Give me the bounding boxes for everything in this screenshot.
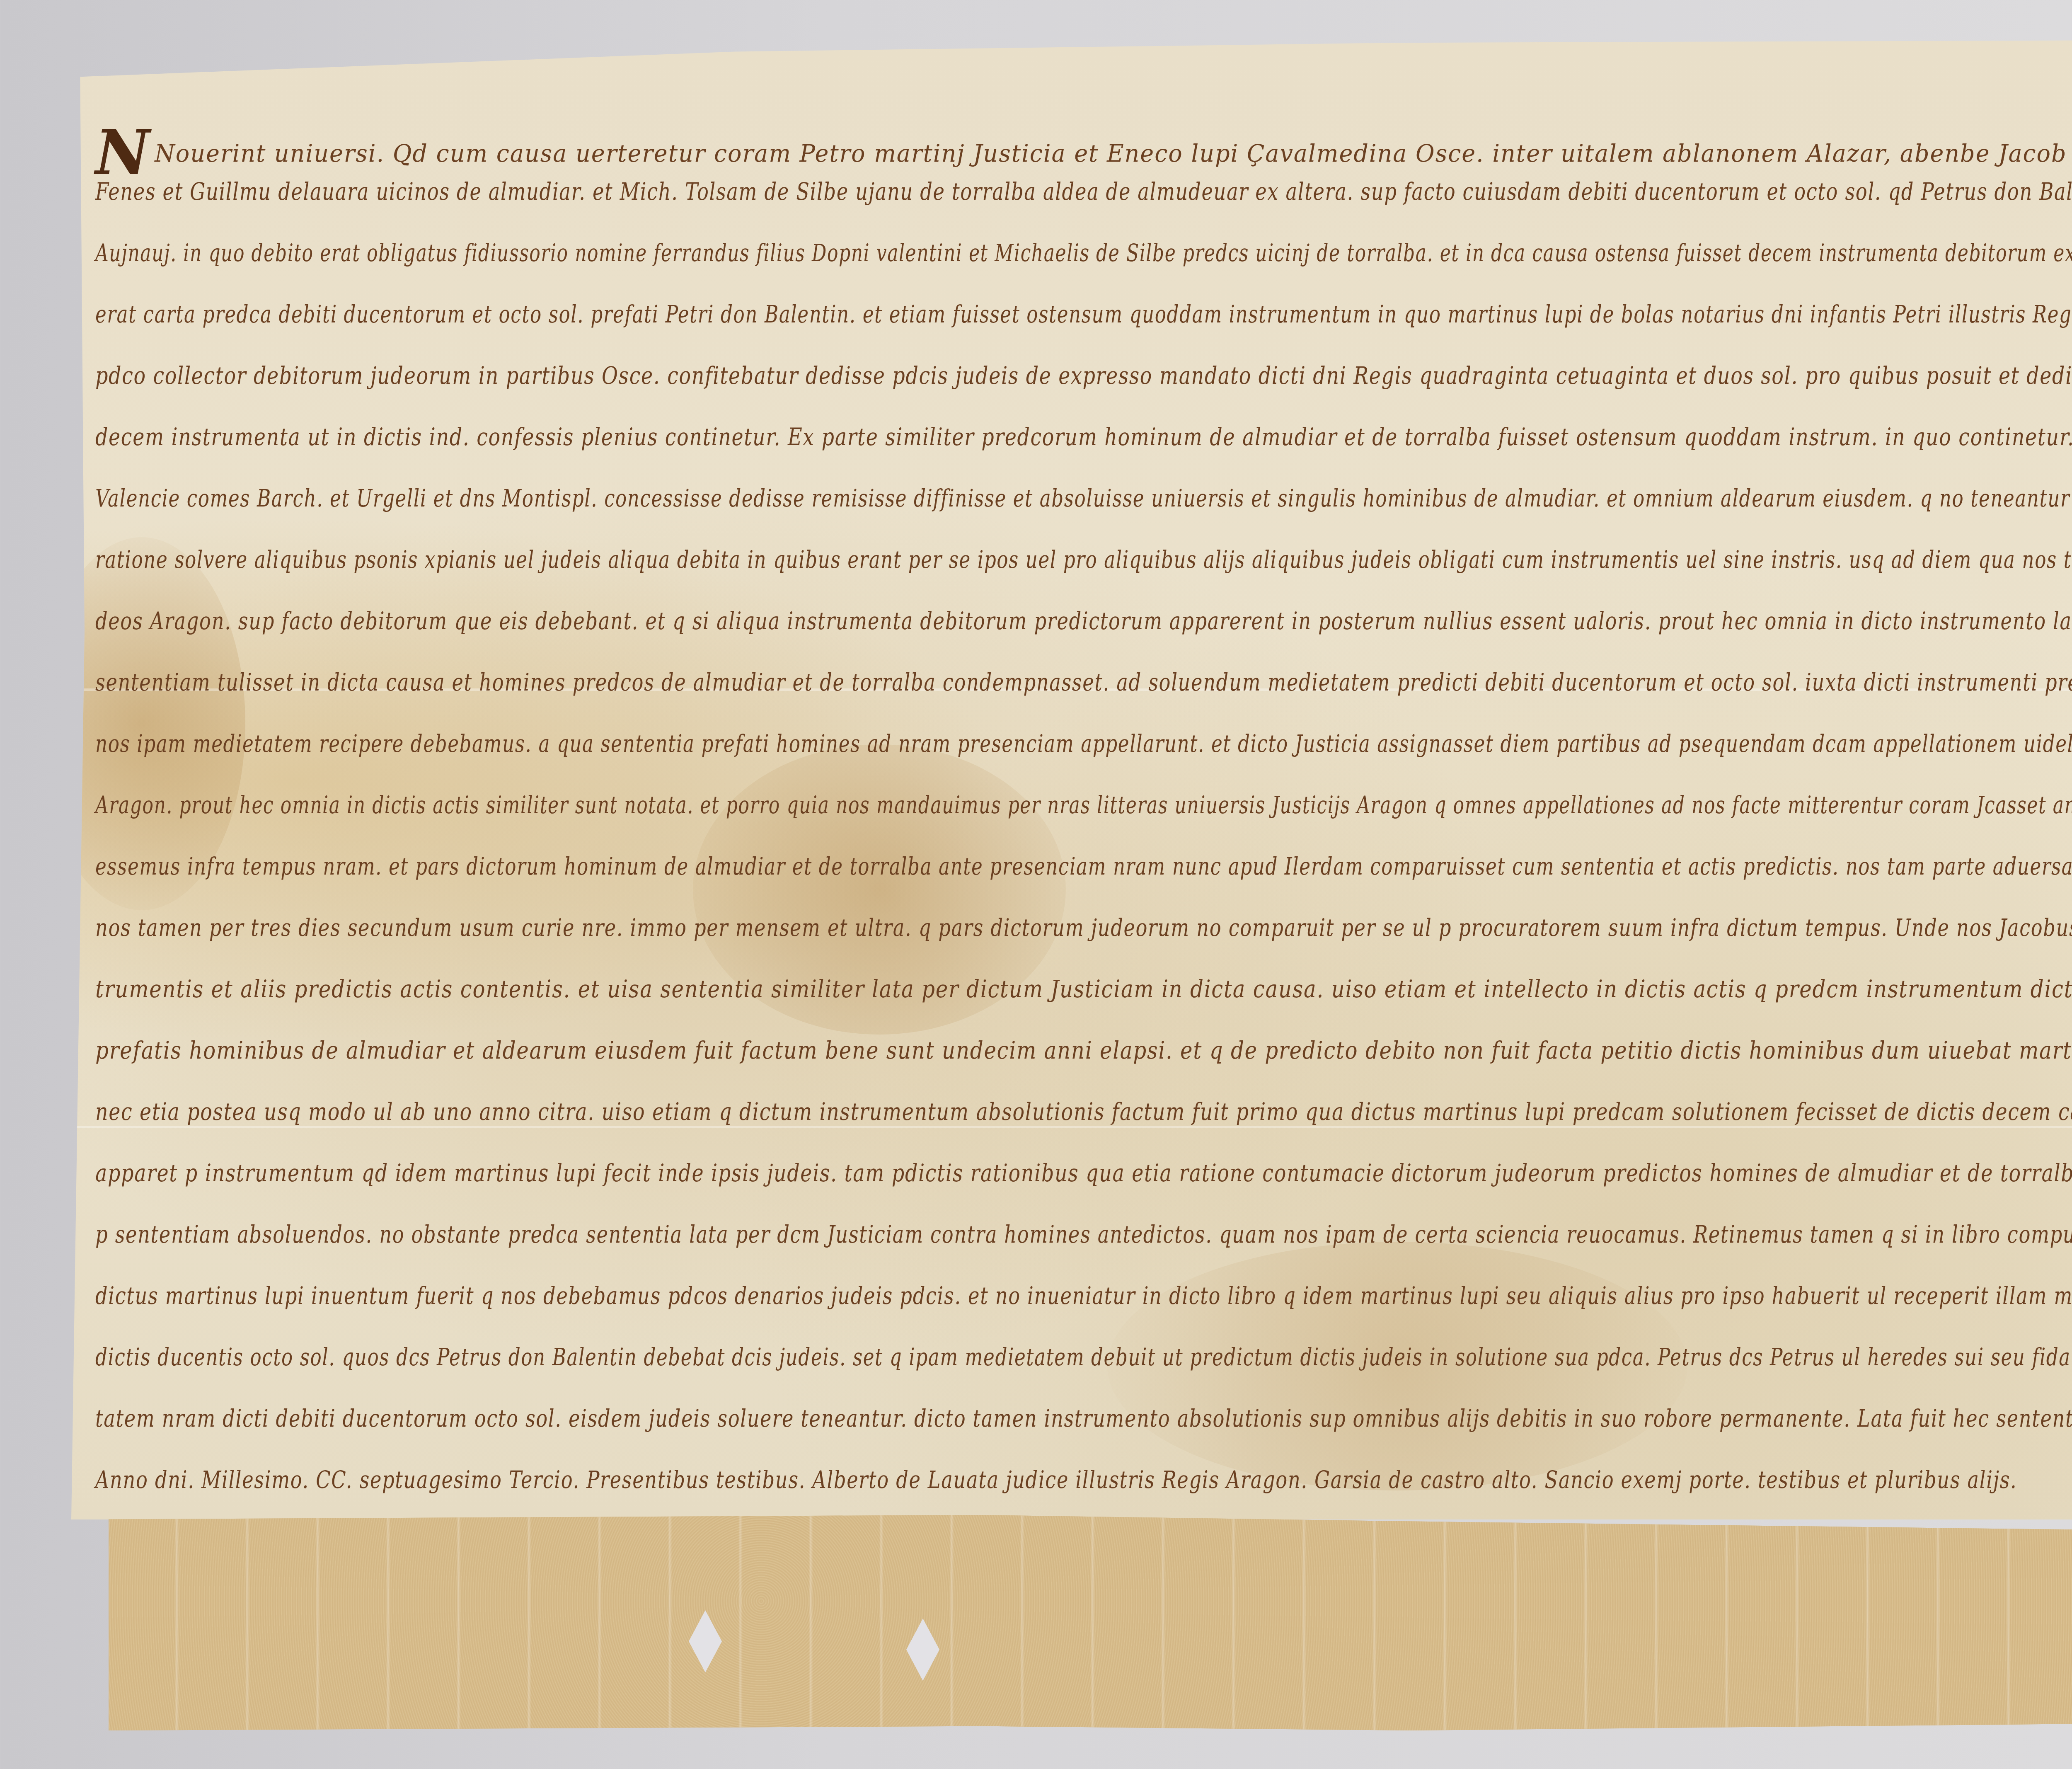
text-line: nos tamen per tres dies secundum usum cu… bbox=[95, 914, 2072, 942]
text-line: erat carta predca debiti ducentorum et o… bbox=[95, 300, 2072, 328]
text-line: deos Aragon. sup facto debitorum que eis… bbox=[95, 607, 2072, 635]
text-line: pdco collector debitorum judeorum in par… bbox=[95, 361, 2072, 390]
text-line: Anno dni. Millesimo. CC. septuagesimo Te… bbox=[95, 1466, 2017, 1494]
plica-fold bbox=[109, 1515, 2072, 1730]
text-line: sententiam tulisset in dicta causa et ho… bbox=[95, 668, 2072, 696]
text-line: ratione solvere aliquibus psonis xpianis… bbox=[95, 545, 2072, 574]
text-line: p sententiam absoluendos. no obstante pr… bbox=[95, 1220, 2072, 1248]
text-line: decem instrumenta ut in dictis ind. conf… bbox=[95, 423, 2072, 451]
text-line: dictis ducentis octo sol. quos dcs Petru… bbox=[95, 1343, 2072, 1371]
text-line: nos ipam medietatem recipere debebamus. … bbox=[95, 729, 2072, 758]
seal-cord-hole bbox=[906, 1619, 939, 1681]
text-line: essemus infra tempus nram. et pars dicto… bbox=[95, 852, 2072, 880]
text-line: nec etia postea usq modo ul ab uno anno … bbox=[95, 1098, 2072, 1126]
text-line: dictus martinus lupi inuentum fuerit q n… bbox=[95, 1282, 2072, 1310]
text-line: Aujnauj. in quo debito erat obligatus fi… bbox=[95, 239, 2072, 267]
fold-crease bbox=[71, 1126, 2072, 1128]
text-line: prefatis hominibus de almudiar et aldear… bbox=[95, 1036, 2072, 1064]
text-line: Fenes et Guillmu delauara uicinos de alm… bbox=[95, 177, 2072, 206]
text-line: trumentis et aliis predictis actis conte… bbox=[95, 975, 2072, 1003]
text-line: tatem nram dicti debiti ducentorum octo … bbox=[95, 1404, 2072, 1432]
seal-cord-hole bbox=[689, 1610, 722, 1672]
text-line: Aragon. prout hec omnia in dictis actis … bbox=[95, 791, 2072, 819]
text-line: apparet p instrumentum qd idem martinus … bbox=[95, 1159, 2072, 1187]
text-line: Valencie comes Barch. et Urgelli et dns … bbox=[95, 484, 2072, 512]
